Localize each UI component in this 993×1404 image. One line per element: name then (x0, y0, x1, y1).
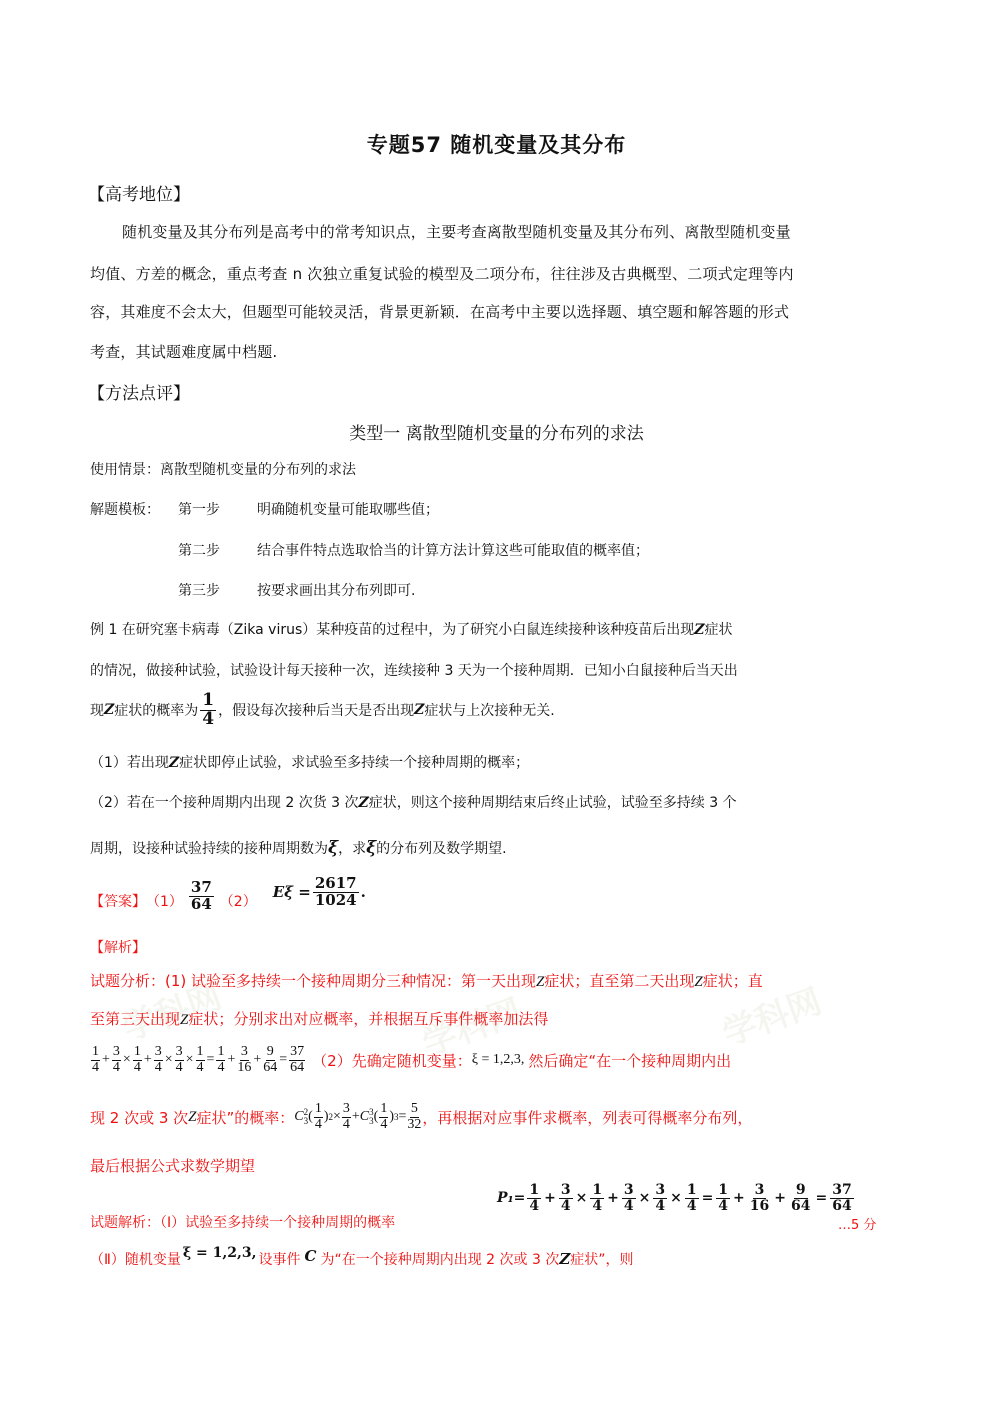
usage-label: 使用情景： (90, 462, 160, 478)
p1-equation: P₁= 14+34×14+34×34×14=14+316+964=3764 (497, 1183, 856, 1213)
operator: × (670, 1190, 682, 1206)
operator: = (279, 1052, 287, 1068)
operator: × (123, 1052, 131, 1068)
fraction: 34 (622, 1183, 636, 1213)
fraction: 14 (716, 1183, 730, 1213)
fraction: 34 (559, 1183, 573, 1213)
example-line-2: 的情况，做接种试验，试验设计每天接种一次，连续接种 3 天为一个接种周期．已知小… (90, 660, 738, 680)
fraction: 34 (112, 1045, 121, 1075)
answer-2-expression: Eξ = 26171024 . (273, 876, 366, 909)
fraction: 14 (133, 1045, 142, 1075)
operator: + (144, 1052, 152, 1068)
operator: + (607, 1190, 619, 1206)
analysis-line-2: 至第三天出现Z症状；分别求出对应概率，并根据互斥事件概率加法得 (90, 1008, 548, 1029)
step-3-text: 按要求画出其分布列即可. (257, 580, 415, 600)
analysis-line-4: 现 2 次或 3 次 Z 症状”的概率： C23(14)2×34+C33(14)… (90, 1102, 752, 1132)
answer-row: 【答案】 （1） 3764 （2） Eξ = 26171024 . (90, 876, 366, 913)
usage-text: 离散型随机变量的分布列的求法 (160, 462, 356, 478)
fraction: 14 (527, 1183, 541, 1213)
analysis-line-5: 最后根据公式求数学期望 (90, 1155, 255, 1176)
operator: = (207, 1052, 215, 1068)
step-2-name: 第二步 (178, 540, 220, 560)
paragraph-line: 考查，其试题难度属中档题. (90, 341, 277, 362)
score-note: …5 分 (838, 1214, 876, 1233)
usage-row: 使用情景：离散型随机变量的分布列的求法 (90, 459, 356, 479)
operator: + (774, 1190, 786, 1206)
step-1-text: 明确随机变量可能取哪些值； (257, 499, 439, 519)
operator: + (544, 1190, 556, 1206)
template-label: 解题模板： (90, 499, 160, 519)
operator: + (102, 1052, 110, 1068)
operator: + (253, 1052, 261, 1068)
operator: × (186, 1052, 194, 1068)
sum-equation: 14+34×14+34×34×14=14+316+964=3764 (90, 1045, 306, 1075)
step-2-text: 结合事件特点选取恰当的计算方法计算这些可能取值的概率值； (257, 540, 649, 560)
operator: × (165, 1052, 173, 1068)
section-heading-gaokao: 【高考地位】 (88, 180, 190, 205)
analysis-equation-row: 14+34×14+34×34×14=14+316+964=3764 （2）先确定… (90, 1045, 731, 1075)
page-title: 专题57 随机变量及其分布 (0, 129, 993, 159)
fraction: 14 (216, 1045, 225, 1075)
fraction: 316 (748, 1183, 771, 1213)
operator: × (639, 1190, 651, 1206)
paragraph-line: 随机变量及其分布列是高考中的常考知识点，主要考查离散型随机变量及其分布列、离散型… (122, 221, 791, 242)
analysis-label: 【解析】 (90, 937, 146, 957)
fraction: 964 (789, 1183, 812, 1213)
operator: = (815, 1190, 827, 1206)
paragraph-line: 容，其难度不会太大，但题型可能较灵活，背景更新颖．在高考中主要以选择题、填空题和… (90, 301, 789, 322)
step-3-name: 第三步 (178, 580, 220, 600)
fraction: 34 (175, 1045, 184, 1075)
fraction: 3764 (830, 1183, 853, 1213)
step-1-name: 第一步 (178, 499, 220, 519)
question-2-line-2: 周期，设接种试验持续的接种周期数为ξ，求ξ的分布列及数学期望. (90, 838, 507, 858)
solution-part-2: （Ⅱ）随机变量 ξ = 1,2,3, 设事件 C 为“在一个接种周期内出现 2 … (90, 1249, 634, 1269)
fraction: 34 (154, 1045, 163, 1075)
fraction-one-quarter: 14 (200, 692, 216, 729)
fraction: 14 (196, 1045, 205, 1075)
example-line-1: 例 1 在研究塞卡病毒（Zika virus）某种疫苗的过程中，为了研究小白鼠连… (90, 619, 733, 639)
answer-label: 【答案】 (90, 891, 146, 911)
fraction: 34 (653, 1183, 667, 1213)
question-2: （2）若在一个接种周期内出现 2 次货 3 次Z症状，则这个接种周期结束后终止试… (90, 792, 737, 812)
fraction: 316 (237, 1045, 251, 1075)
fraction: 14 (590, 1183, 604, 1213)
fraction: 14 (685, 1183, 699, 1213)
operator: + (733, 1190, 745, 1206)
binomial-expression: C23(14)2×34+C33(14)3=532 (294, 1102, 422, 1132)
operator: + (227, 1052, 235, 1068)
fraction: 3764 (289, 1045, 305, 1075)
question-1: （1）若出现Z症状即停止试验，求试验至多持续一个接种周期的概率； (90, 752, 529, 772)
example-line-3: 现Z症状的概率为 14 ，假设每次接种后当天是否出现Z症状与上次接种无关. (90, 692, 555, 729)
solution-part-1-label: 试题解析：（Ⅰ）试验至多持续一个接种周期的概率 (90, 1212, 395, 1232)
operator: × (576, 1190, 588, 1206)
analysis-line-1: 试题分析：(1) 试验至多持续一个接种周期分三种情况：第一天出现Z症状；直至第二… (90, 970, 763, 991)
operator: = (702, 1190, 714, 1206)
paragraph-line: 均值、方差的概念，重点考查 n 次独立重复试验的模型及二项分布，往往涉及古典概型… (90, 263, 794, 284)
answer-1-fraction: 3764 (189, 880, 214, 913)
z-symbol: Z (694, 622, 704, 638)
fraction: 14 (91, 1045, 100, 1075)
type-title: 类型一 离散型随机变量的分布列的求法 (0, 419, 993, 444)
fraction: 964 (263, 1045, 277, 1075)
section-heading-method: 【方法点评】 (88, 379, 190, 404)
